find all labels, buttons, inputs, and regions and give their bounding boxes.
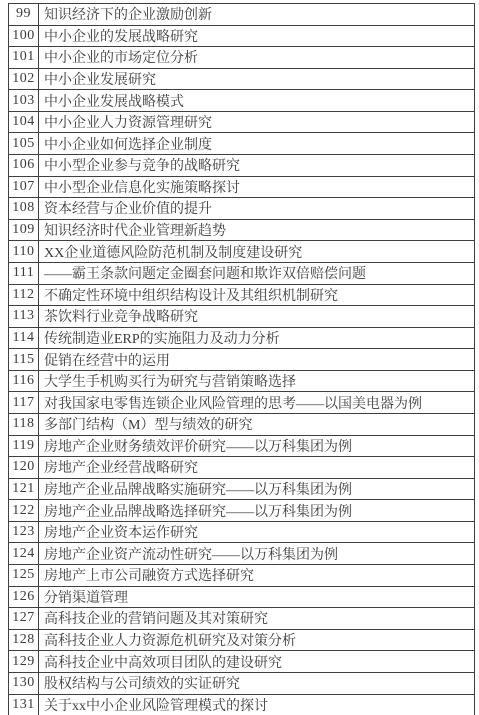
row-title: 大学生手机购买行为研究与营销策略选择 [39, 370, 475, 392]
table-row: 112不确定性环境中组织结构设计及其组织机制研究 [9, 284, 475, 306]
row-number: 102 [9, 68, 39, 90]
row-number: 116 [9, 370, 39, 392]
row-title: 中小企业的发展战略研究 [39, 25, 475, 47]
row-title: 知识经济下的企业激励创新 [39, 4, 475, 26]
row-title: 中小企业人力资源管理研究 [39, 111, 475, 133]
row-title: 关于xx中小企业风险管理模式的探讨 [39, 694, 475, 715]
row-number: 113 [9, 306, 39, 328]
row-number: 123 [9, 521, 39, 543]
table-row: 130股权结构与公司绩效的实证研究 [9, 672, 475, 694]
table-row: 100中小企业的发展战略研究 [9, 25, 475, 47]
row-title: XX企业道德风险防范机制及制度建设研究 [39, 241, 475, 263]
document-page: 99知识经济下的企业激励创新100中小企业的发展战略研究101中小企业的市场定位… [0, 0, 479, 715]
row-number: 121 [9, 478, 39, 500]
row-title: ——霸王条款问题定金圈套问题和欺诈双倍赔偿问题 [39, 262, 475, 284]
row-title: 中小型企业参与竞争的战略研究 [39, 155, 475, 177]
row-number: 111 [9, 262, 39, 284]
table-row: 101中小企业的市场定位分析 [9, 47, 475, 69]
table-row: 104中小企业人力资源管理研究 [9, 111, 475, 133]
row-title: 资本经营与企业价值的提升 [39, 198, 475, 220]
table-row: 109知识经济时代企业管理新趋势 [9, 219, 475, 241]
table-row: 116大学生手机购买行为研究与营销策略选择 [9, 370, 475, 392]
row-title: 知识经济时代企业管理新趋势 [39, 219, 475, 241]
table-row: 128高科技企业人力资源危机研究及对策分析 [9, 629, 475, 651]
row-title: 高科技企业人力资源危机研究及对策分析 [39, 629, 475, 651]
table-row: 125房地产上市公司融资方式选择研究 [9, 565, 475, 587]
row-title: 不确定性环境中组织结构设计及其组织机制研究 [39, 284, 475, 306]
row-title: 房地产企业资产流动性研究——以万科集团为例 [39, 543, 475, 565]
row-number: 107 [9, 176, 39, 198]
table-row: 105中小企业如何选择企业制度 [9, 133, 475, 155]
table-row: 123房地产企业资本运作研究 [9, 521, 475, 543]
row-title: 分销渠道管理 [39, 586, 475, 608]
table-row: 131关于xx中小企业风险管理模式的探讨 [9, 694, 475, 715]
table-row: 106中小型企业参与竞争的战略研究 [9, 155, 475, 177]
row-title: 对我国家电零售连锁企业风险管理的思考——以国美电器为例 [39, 392, 475, 414]
table-row: 114传统制造业ERP的实施阻力及动力分析 [9, 327, 475, 349]
table-row: 119房地产企业财务绩效评价研究——以万科集团为例 [9, 435, 475, 457]
row-number: 112 [9, 284, 39, 306]
row-number: 103 [9, 90, 39, 112]
topic-table: 99知识经济下的企业激励创新100中小企业的发展战略研究101中小企业的市场定位… [8, 3, 475, 715]
table-row: 122房地产企业品牌战略选择研究——以万科集团为例 [9, 500, 475, 522]
table-row: 124房地产企业资产流动性研究——以万科集团为例 [9, 543, 475, 565]
row-title: 高科技企业中高效项目团队的建设研究 [39, 651, 475, 673]
row-number: 125 [9, 565, 39, 587]
row-number: 114 [9, 327, 39, 349]
row-title: 房地产企业品牌战略实施研究——以万科集团为例 [39, 478, 475, 500]
row-number: 126 [9, 586, 39, 608]
row-title: 多部门结构（M）型与绩效的研究 [39, 413, 475, 435]
table-row: 103中小企业发展战略模式 [9, 90, 475, 112]
row-title: 高科技企业的营销问题及其对策研究 [39, 608, 475, 630]
topic-table-body: 99知识经济下的企业激励创新100中小企业的发展战略研究101中小企业的市场定位… [9, 4, 475, 715]
row-title: 中小企业发展研究 [39, 68, 475, 90]
row-title: 中小企业的市场定位分析 [39, 47, 475, 69]
row-title: 房地产上市公司融资方式选择研究 [39, 565, 475, 587]
row-number: 122 [9, 500, 39, 522]
row-number: 101 [9, 47, 39, 69]
row-number: 105 [9, 133, 39, 155]
table-row: 117对我国家电零售连锁企业风险管理的思考——以国美电器为例 [9, 392, 475, 414]
row-number: 109 [9, 219, 39, 241]
row-number: 110 [9, 241, 39, 263]
table-row: 127高科技企业的营销问题及其对策研究 [9, 608, 475, 630]
table-row: 118多部门结构（M）型与绩效的研究 [9, 413, 475, 435]
row-title: 房地产企业品牌战略选择研究——以万科集团为例 [39, 500, 475, 522]
row-title: 促销在经营中的运用 [39, 349, 475, 371]
row-number: 119 [9, 435, 39, 457]
row-number: 130 [9, 672, 39, 694]
row-number: 99 [9, 4, 39, 26]
table-row: 110XX企业道德风险防范机制及制度建设研究 [9, 241, 475, 263]
table-row: 108资本经营与企业价值的提升 [9, 198, 475, 220]
row-title: 中小型企业信息化实施策略探讨 [39, 176, 475, 198]
row-title: 房地产企业经营战略研究 [39, 457, 475, 479]
row-number: 117 [9, 392, 39, 414]
table-row: 120房地产企业经营战略研究 [9, 457, 475, 479]
table-row: 121房地产企业品牌战略实施研究——以万科集团为例 [9, 478, 475, 500]
table-row: 126分销渠道管理 [9, 586, 475, 608]
row-number: 100 [9, 25, 39, 47]
table-row: 129高科技企业中高效项目团队的建设研究 [9, 651, 475, 673]
row-number: 129 [9, 651, 39, 673]
row-title: 房地产企业资本运作研究 [39, 521, 475, 543]
row-title: 传统制造业ERP的实施阻力及动力分析 [39, 327, 475, 349]
row-number: 120 [9, 457, 39, 479]
row-number: 127 [9, 608, 39, 630]
row-number: 108 [9, 198, 39, 220]
table-row: 102中小企业发展研究 [9, 68, 475, 90]
row-number: 115 [9, 349, 39, 371]
row-number: 104 [9, 111, 39, 133]
row-number: 131 [9, 694, 39, 715]
row-title: 股权结构与公司绩效的实证研究 [39, 672, 475, 694]
row-number: 118 [9, 413, 39, 435]
row-number: 124 [9, 543, 39, 565]
row-title: 茶饮料行业竞争战略研究 [39, 306, 475, 328]
row-number: 106 [9, 155, 39, 177]
table-row: 115促销在经营中的运用 [9, 349, 475, 371]
table-row: 111——霸王条款问题定金圈套问题和欺诈双倍赔偿问题 [9, 262, 475, 284]
row-number: 128 [9, 629, 39, 651]
row-title: 中小企业发展战略模式 [39, 90, 475, 112]
row-title: 房地产企业财务绩效评价研究——以万科集团为例 [39, 435, 475, 457]
table-row: 113茶饮料行业竞争战略研究 [9, 306, 475, 328]
row-title: 中小企业如何选择企业制度 [39, 133, 475, 155]
table-row: 107中小型企业信息化实施策略探讨 [9, 176, 475, 198]
table-row: 99知识经济下的企业激励创新 [9, 4, 475, 26]
